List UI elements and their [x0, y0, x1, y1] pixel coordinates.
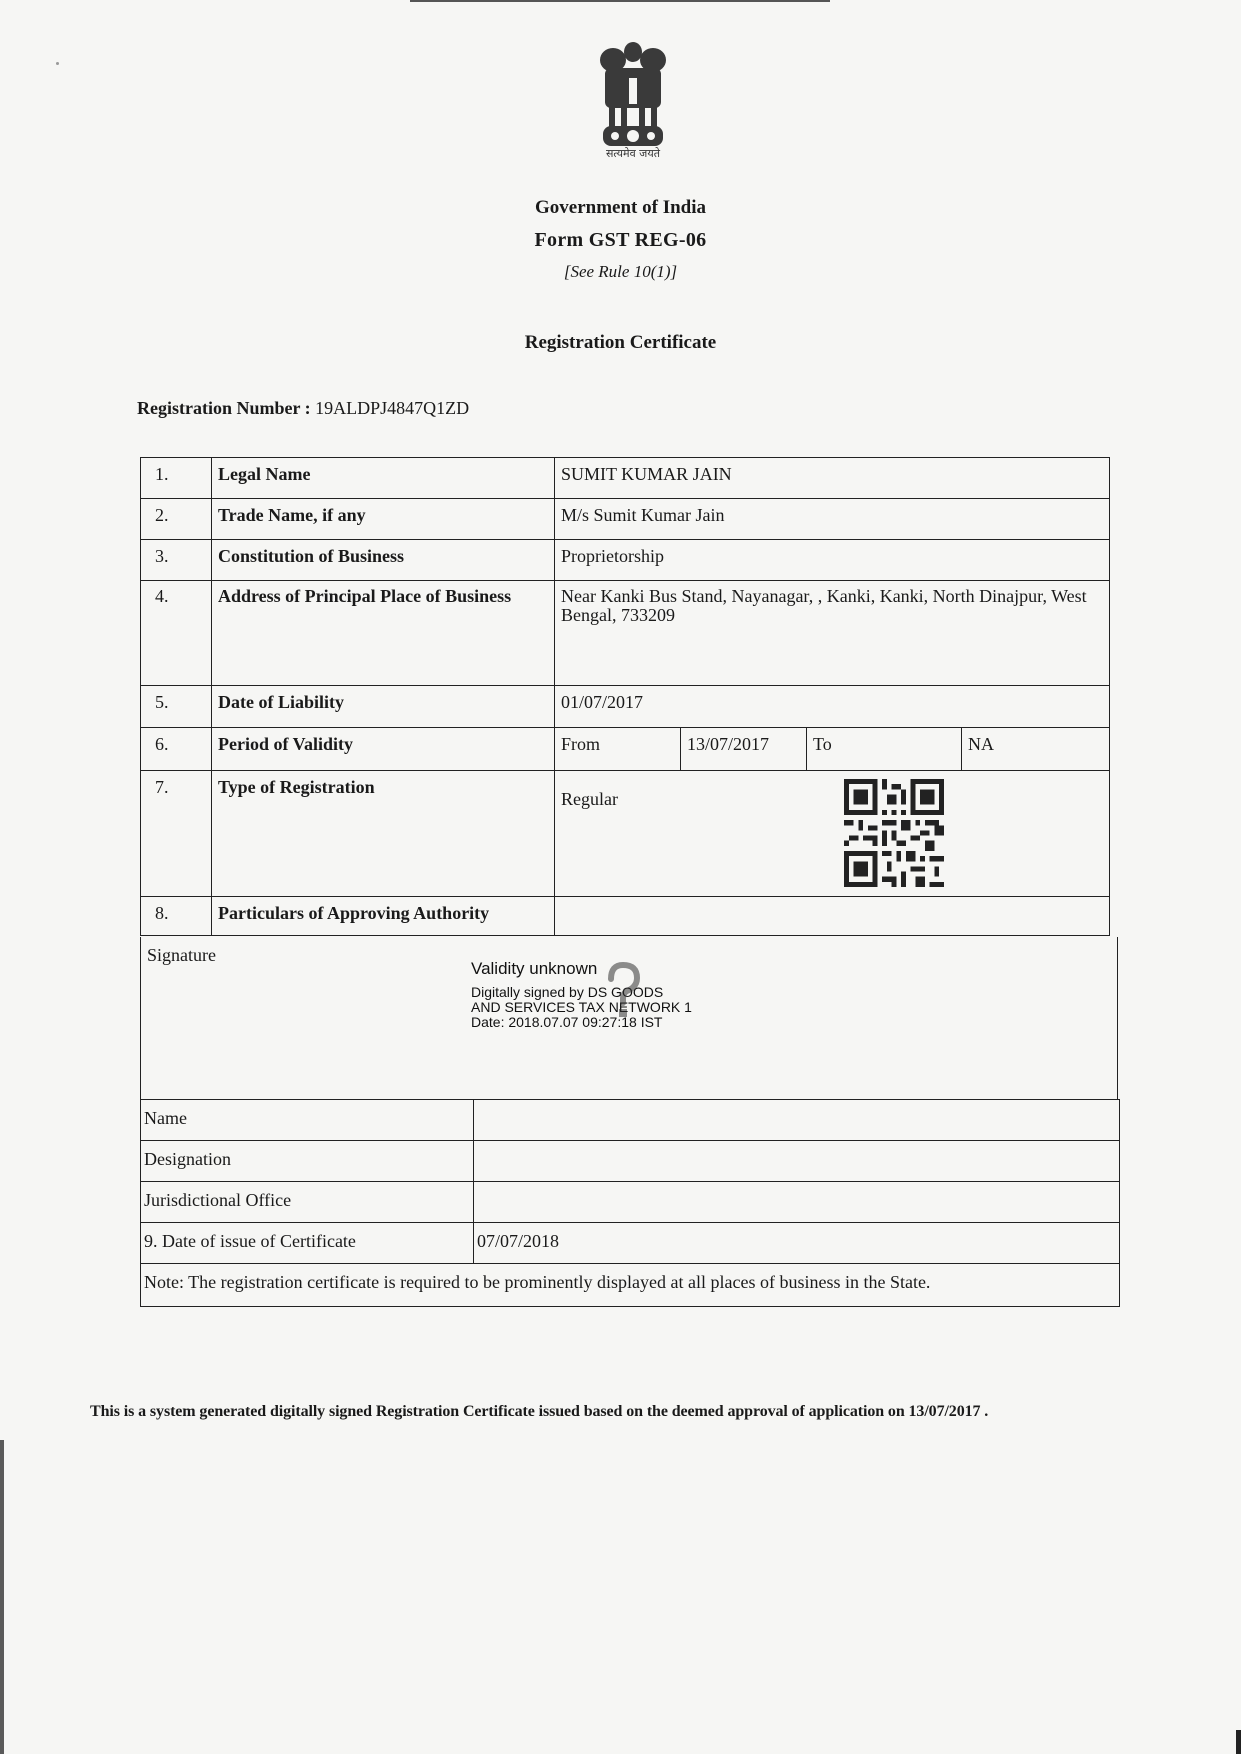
designation-value: [474, 1141, 1120, 1182]
table-row: 4. Address of Principal Place of Busines…: [141, 581, 1110, 686]
display-note: Note: The registration certificate is re…: [141, 1264, 1120, 1307]
question-mark-icon: [593, 959, 653, 1021]
name-value: [474, 1100, 1120, 1141]
date-of-liability-value: 01/07/2017: [555, 686, 1110, 728]
registration-type-cell: Regular: [555, 771, 1110, 897]
qr-code-icon: [844, 779, 944, 887]
table-row: 6. Period of Validity From 13/07/2017 To…: [141, 728, 1110, 771]
table-row: Designation: [141, 1141, 1120, 1182]
row-number: 1.: [141, 458, 212, 499]
registration-type-value: Regular: [561, 789, 1103, 810]
table-row: 5. Date of Liability 01/07/2017: [141, 686, 1110, 728]
emblem-motto: सत्यमेव जयते: [583, 146, 683, 161]
table-row: Jurisdictional Office: [141, 1182, 1120, 1223]
document-title: Registration Certificate: [0, 332, 1241, 354]
row-label: Legal Name: [212, 458, 555, 499]
signature-label: Signature: [147, 945, 216, 966]
registration-number-label: Registration Number :: [137, 398, 311, 418]
issue-date-value: 07/07/2018: [474, 1223, 1120, 1264]
row-number: 3.: [141, 540, 212, 581]
speck: [56, 62, 59, 65]
signature-validity: Validity unknown: [471, 959, 692, 979]
row-number: 2.: [141, 499, 212, 540]
government-heading: Government of India: [0, 197, 1241, 219]
to-value: NA: [962, 728, 1109, 770]
row-label: Date of Liability: [212, 686, 555, 728]
row-label: Period of Validity: [212, 728, 555, 771]
signature-organization: AND SERVICES TAX NETWORK 1: [471, 1000, 692, 1015]
table-row: Note: The registration certificate is re…: [141, 1264, 1120, 1307]
row-label: Address of Principal Place of Business: [212, 581, 555, 686]
page-top-edge: [410, 0, 830, 2]
row-number: 5.: [141, 686, 212, 728]
signature-block: Signature Validity unknown Digitally sig…: [140, 937, 1118, 1099]
row-label: Particulars of Approving Authority: [212, 897, 555, 936]
signature-date: Date: 2018.07.07 09:27:18 IST: [471, 1015, 692, 1030]
issue-date-label: 9. Date of issue of Certificate: [141, 1223, 474, 1264]
name-label: Name: [141, 1100, 474, 1141]
from-value: 13/07/2017: [681, 728, 807, 770]
registration-number-value: 19ALDPJ4847Q1ZD: [315, 398, 469, 418]
row-number: 6.: [141, 728, 212, 771]
trade-name-value: M/s Sumit Kumar Jain: [555, 499, 1110, 540]
page-corner-shadow: [1236, 1730, 1241, 1754]
jurisdictional-office-label: Jurisdictional Office: [141, 1182, 474, 1223]
row-number: 8.: [141, 897, 212, 936]
approving-authority-value: [555, 897, 1110, 936]
registration-details-table: 1. Legal Name SUMIT KUMAR JAIN 2. Trade …: [140, 457, 1110, 936]
digital-signature: Validity unknown Digitally signed by DS …: [471, 959, 692, 1030]
signature-signed-by: Digitally signed by DS GOODS: [471, 985, 692, 1000]
designation-label: Designation: [141, 1141, 474, 1182]
address-value: Near Kanki Bus Stand, Nayanagar, , Kanki…: [555, 581, 1110, 686]
table-row: 8. Particulars of Approving Authority: [141, 897, 1110, 936]
table-row: 7. Type of Registration Regular: [141, 771, 1110, 897]
form-title: Form GST REG-06: [0, 229, 1241, 252]
table-row: 1. Legal Name SUMIT KUMAR JAIN: [141, 458, 1110, 499]
validity-period-cell: From 13/07/2017 To NA: [555, 728, 1110, 771]
from-label: From: [555, 728, 681, 770]
authority-table: Name Designation Jurisdictional Office 9…: [140, 1099, 1120, 1307]
to-label: To: [807, 728, 962, 770]
table-row: Name: [141, 1100, 1120, 1141]
constitution-value: Proprietorship: [555, 540, 1110, 581]
row-number: 4.: [141, 581, 212, 686]
row-label: Constitution of Business: [212, 540, 555, 581]
row-number: 7.: [141, 771, 212, 897]
registration-number: Registration Number : 19ALDPJ4847Q1ZD: [137, 398, 469, 419]
row-label: Trade Name, if any: [212, 499, 555, 540]
page-left-edge-shadow: [0, 1440, 4, 1754]
rule-reference: [See Rule 10(1)]: [0, 262, 1241, 282]
legal-name-value: SUMIT KUMAR JAIN: [555, 458, 1110, 499]
table-row: 9. Date of issue of Certificate 07/07/20…: [141, 1223, 1120, 1264]
row-label: Type of Registration: [212, 771, 555, 897]
table-row: 3. Constitution of Business Proprietorsh…: [141, 540, 1110, 581]
system-generated-footer: This is a system generated digitally sig…: [90, 1403, 988, 1421]
national-emblem-icon: [583, 38, 683, 158]
jurisdictional-office-value: [474, 1182, 1120, 1223]
table-row: 2. Trade Name, if any M/s Sumit Kumar Ja…: [141, 499, 1110, 540]
